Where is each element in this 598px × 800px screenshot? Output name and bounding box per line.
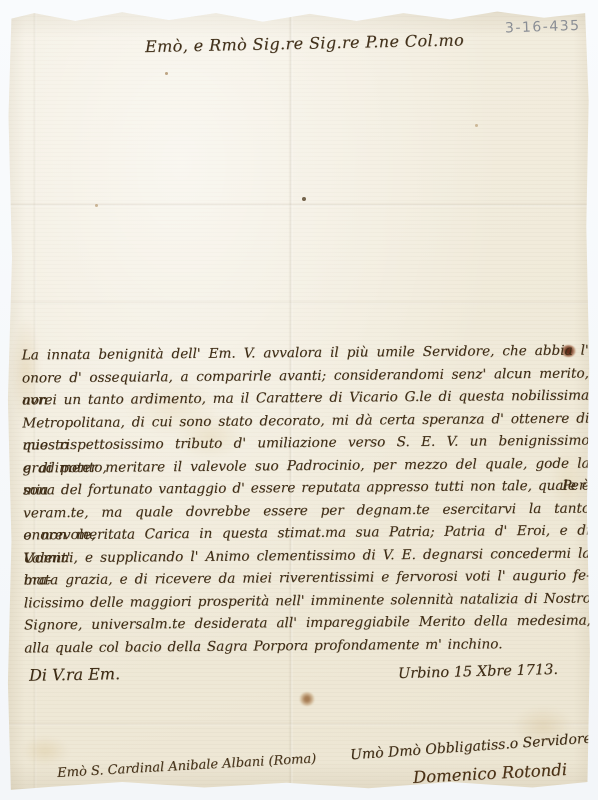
speck [95,204,98,207]
scan-background: 3-16-435 Emò, e Rmò Sig.re Sig.re P.ne C… [0,0,598,800]
place-date-line: Urbino 15 Xbre 1713. [378,661,578,682]
letter-page: 3-16-435 Emò, e Rmò Sig.re Sig.re P.ne C… [5,6,591,793]
fold-crease-horizontal-middle [5,301,591,305]
speck [302,197,306,201]
closing-formula: Di V.ra Em. [29,664,120,685]
speck [475,124,478,127]
fold-crease-horizontal-upper [5,203,591,207]
speck [165,72,168,75]
stain-spot [299,692,315,706]
salutation-line: Emò, e Rmò Sig.re Sig.re P.ne Col.mo [145,31,445,56]
stain [21,736,69,766]
letter-line: alla quale col bacio della Sagra Porpora… [24,632,591,659]
letter-body: La innata benignità dell' Em. V. avvalor… [22,340,592,660]
addressee-note: Emò S. Cardinal Anibale Albani (Roma) [57,750,342,781]
catalog-number: 3-16-435 [505,18,590,37]
fold-crease-horizontal-lower [5,722,591,726]
signature-title: Umò Dmò Obbligatiss.o Servidore [345,730,598,764]
signature-name: Domenico Rotondi [390,759,591,788]
